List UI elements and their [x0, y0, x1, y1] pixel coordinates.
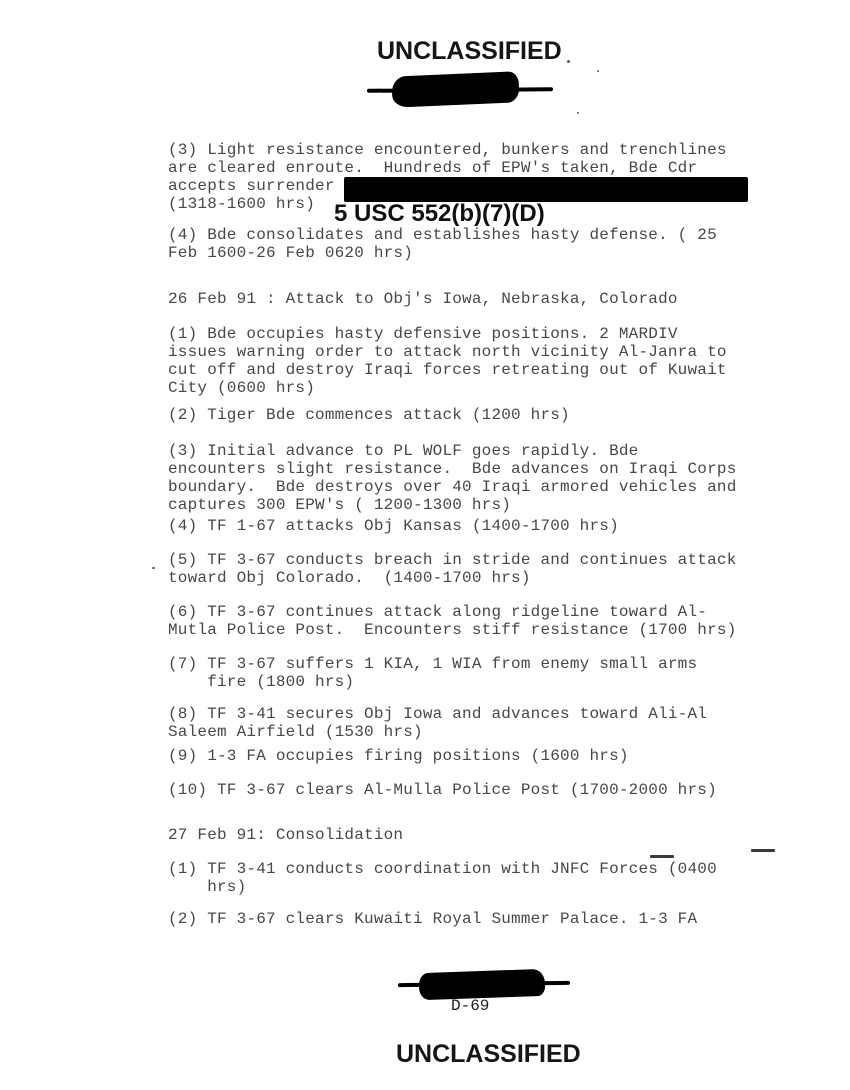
paragraph: (10) TF 3-67 clears Al-Mulla Police Post…: [168, 781, 717, 799]
header-classification: UNCLASSIFIED: [377, 37, 562, 66]
paragraph: (4) TF 1-67 attacks Obj Kansas (1400-170…: [168, 517, 619, 535]
redaction-scribble-bottom: [419, 969, 546, 1000]
paragraph: (1) Bde occupies hasty defensive positio…: [168, 325, 727, 397]
paragraph: 27 Feb 91: Consolidation: [168, 826, 403, 844]
paragraph: (3) Initial advance to PL WOLF goes rapi…: [168, 442, 737, 514]
paragraph: (7) TF 3-67 suffers 1 KIA, 1 WIA from en…: [168, 655, 697, 691]
ink-speck: [597, 70, 599, 72]
paragraph: (2) TF 3-67 clears Kuwaiti Royal Summer …: [168, 910, 697, 928]
paragraph: (2) Tiger Bde commences attack (1200 hrs…: [168, 406, 570, 424]
paragraph: 26 Feb 91 : Attack to Obj's Iowa, Nebras…: [168, 290, 678, 308]
paragraph: (8) TF 3-41 secures Obj Iowa and advance…: [168, 705, 707, 741]
ink-speck: [152, 567, 155, 569]
footer-classification: UNCLASSIFIED: [396, 1040, 581, 1069]
pen-overline-mark: [751, 849, 775, 852]
ink-speck: [577, 112, 579, 114]
redaction-scribble-top: [391, 71, 519, 108]
document-page: UNCLASSIFIED (3) Light resistance encoun…: [0, 0, 850, 1090]
paragraph: (6) TF 3-67 continues attack along ridge…: [168, 603, 737, 639]
inline-redaction-bar: [344, 177, 748, 202]
paragraph: (9) 1-3 FA occupies firing positions (16…: [168, 747, 629, 765]
pen-overline-mark: [650, 855, 674, 858]
page-number: D-69: [451, 997, 489, 1015]
paragraph: (5) TF 3-67 conducts breach in stride an…: [168, 551, 737, 587]
paragraph: (4) Bde consolidates and establishes has…: [168, 226, 717, 262]
ink-speck: [567, 60, 570, 63]
paragraph: (1) TF 3-41 conducts coordination with J…: [168, 860, 717, 896]
foia-exemption-stamp: 5 USC 552(b)(7)(D): [334, 200, 545, 228]
